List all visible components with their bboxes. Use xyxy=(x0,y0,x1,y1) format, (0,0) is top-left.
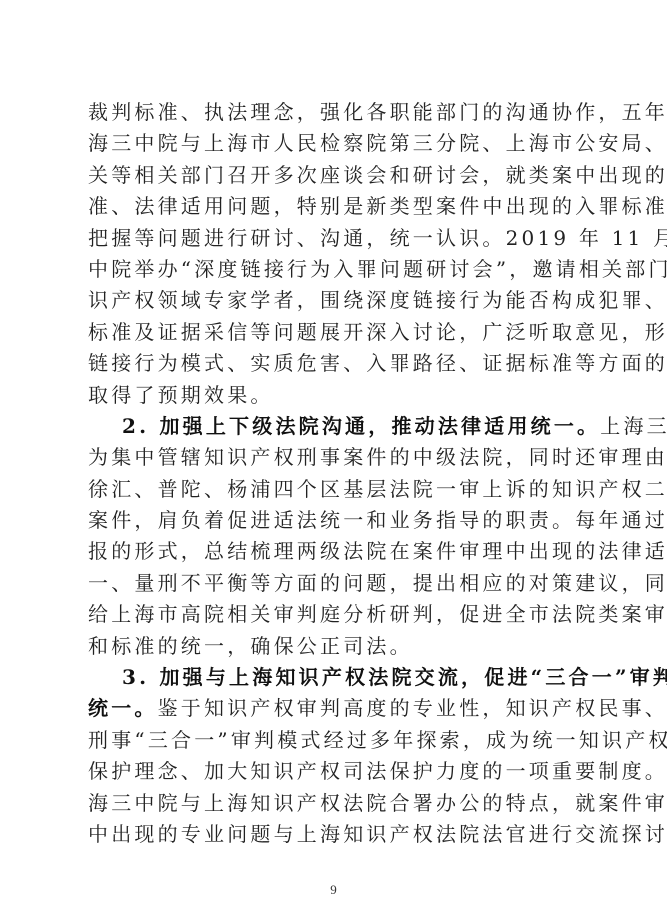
text-line: 徐汇、普陀、杨浦四个区基层法院一审上诉的知识产权二审刑事 xyxy=(88,474,588,505)
text-line: 识产权领域专家学者，围绕深度链接行为能否构成犯罪、构罪的 xyxy=(88,285,588,316)
text-line: 和标准的统一，确保公正司法。 xyxy=(88,631,588,662)
text-line: 裁判标准、执法理念，强化各职能部门的沟通协作，五年来，上 xyxy=(88,97,588,128)
text-line: 准、法律适用问题，特别是新类型案件中出现的入罪标准、证据 xyxy=(88,191,588,222)
line-text: 鉴于知识产权审判高度的专业性，知识产权民事、行政、 xyxy=(158,696,667,720)
text-line: 一、量刑不平衡等方面的问题，提出相应的对策建议，同时上报 xyxy=(88,568,588,599)
section-2-heading-line: 2. 加强上下级法院沟通，推动法律适用统一。上海三中院作 xyxy=(88,411,588,442)
line-text: 裁判标准、执法理念，强化各职能部门的沟通协作，五年来，上 xyxy=(88,100,667,124)
line-text: 徐汇、普陀、杨浦四个区基层法院一审上诉的知识产权二审刑事 xyxy=(88,477,667,501)
text-line: 保护理念、加大知识产权司法保护力度的一项重要制度。鉴于上 xyxy=(88,756,588,787)
line-text: 刑事“三合一”审判模式经过多年探索，成为统一知识产权司法 xyxy=(88,728,667,752)
text-line: 给上海市高院相关审判庭分析研判，促进全市法院类案审判思路 xyxy=(88,599,588,630)
text-line: 案件，肩负着促进适法统一和业务指导的职责。每年通过集中通 xyxy=(88,505,588,536)
text-line: 链接行为模式、实质危害、入罪路径、证据标准等方面的共识， xyxy=(88,348,588,379)
body-text: 裁判标准、执法理念，强化各职能部门的沟通协作，五年来，上 海三中院与上海市人民检… xyxy=(88,97,588,850)
line-text: 和标准的统一，确保公正司法。 xyxy=(88,634,413,658)
line-text: 准、法律适用问题，特别是新类型案件中出现的入罪标准、证据 xyxy=(88,194,667,218)
line-text: 链接行为模式、实质危害、入罪路径、证据标准等方面的共识， xyxy=(88,351,667,375)
text-line: 把握等问题进行研讨、沟通，统一认识。2019 年 11 月，上海三 xyxy=(88,223,588,254)
line-text: 把握等问题进行研讨、沟通，统一认识。2019 年 11 月，上海三 xyxy=(88,226,667,250)
line-text: 海三中院与上海市人民检察院第三分院、上海市公安局、上海海 xyxy=(88,131,667,155)
line-text: 标准及证据采信等问题展开深入讨论，广泛听取意见，形成深度 xyxy=(88,320,667,344)
text-line: 海三中院与上海市人民检察院第三分院、上海市公安局、上海海 xyxy=(88,128,588,159)
section-3-heading: 3. 加强与上海知识产权法院交流，促进“三合一”审判理念 xyxy=(122,665,667,689)
section-2-heading: 2. 加强上下级法院沟通，推动法律适用统一。 xyxy=(122,414,600,438)
text-line: 取得了预期效果。 xyxy=(88,380,588,411)
line-text: 取得了预期效果。 xyxy=(88,383,274,407)
text-line: 海三中院与上海知识产权法院合署办公的特点，就案件审理过程 xyxy=(88,788,588,819)
section-3-heading-end: 统一。 xyxy=(88,696,158,720)
line-text: 上海三中院作 xyxy=(600,414,667,438)
line-text: 报的形式，总结梳理两级法院在案件审理中出现的法律适用不统 xyxy=(88,539,667,563)
text-line: 刑事“三合一”审判模式经过多年探索，成为统一知识产权司法 xyxy=(88,725,588,756)
line-text: 中院举办“深度链接行为入罪问题研讨会”，邀请相关部门和知 xyxy=(88,257,667,281)
line-text: 关等相关部门召开多次座谈会和研讨会，就类案中出现的执法标 xyxy=(88,163,667,187)
text-line: 中出现的专业问题与上海知识产权法院法官进行交流探讨，或者 xyxy=(88,819,588,850)
text-line: 为集中管辖知识产权刑事案件的中级法院，同时还审理由浦东、 xyxy=(88,442,588,473)
text-line: 中院举办“深度链接行为入罪问题研讨会”，邀请相关部门和知 xyxy=(88,254,588,285)
line-text: 为集中管辖知识产权刑事案件的中级法院，同时还审理由浦东、 xyxy=(88,445,667,469)
document-page: 裁判标准、执法理念，强化各职能部门的沟通协作，五年来，上 海三中院与上海市人民检… xyxy=(0,0,667,900)
section-3-heading-line: 3. 加强与上海知识产权法院交流，促进“三合一”审判理念 xyxy=(88,662,588,693)
line-text: 保护理念、加大知识产权司法保护力度的一项重要制度。鉴于上 xyxy=(88,759,667,783)
text-line: 关等相关部门召开多次座谈会和研讨会，就类案中出现的执法标 xyxy=(88,160,588,191)
line-text: 识产权领域专家学者，围绕深度链接行为能否构成犯罪、构罪的 xyxy=(88,288,667,312)
line-text: 中出现的专业问题与上海知识产权法院法官进行交流探讨，或者 xyxy=(88,822,667,846)
line-text: 案件，肩负着促进适法统一和业务指导的职责。每年通过集中通 xyxy=(88,508,667,532)
section-3-heading-continuation: 统一。鉴于知识产权审判高度的专业性，知识产权民事、行政、 xyxy=(88,693,588,724)
text-line: 报的形式，总结梳理两级法院在案件审理中出现的法律适用不统 xyxy=(88,536,588,567)
line-text: 给上海市高院相关审判庭分析研判，促进全市法院类案审判思路 xyxy=(88,602,667,626)
line-text: 海三中院与上海知识产权法院合署办公的特点，就案件审理过程 xyxy=(88,791,667,815)
line-text: 一、量刑不平衡等方面的问题，提出相应的对策建议，同时上报 xyxy=(88,571,667,595)
text-line: 标准及证据采信等问题展开深入讨论，广泛听取意见，形成深度 xyxy=(88,317,588,348)
page-number: 9 xyxy=(0,882,667,898)
